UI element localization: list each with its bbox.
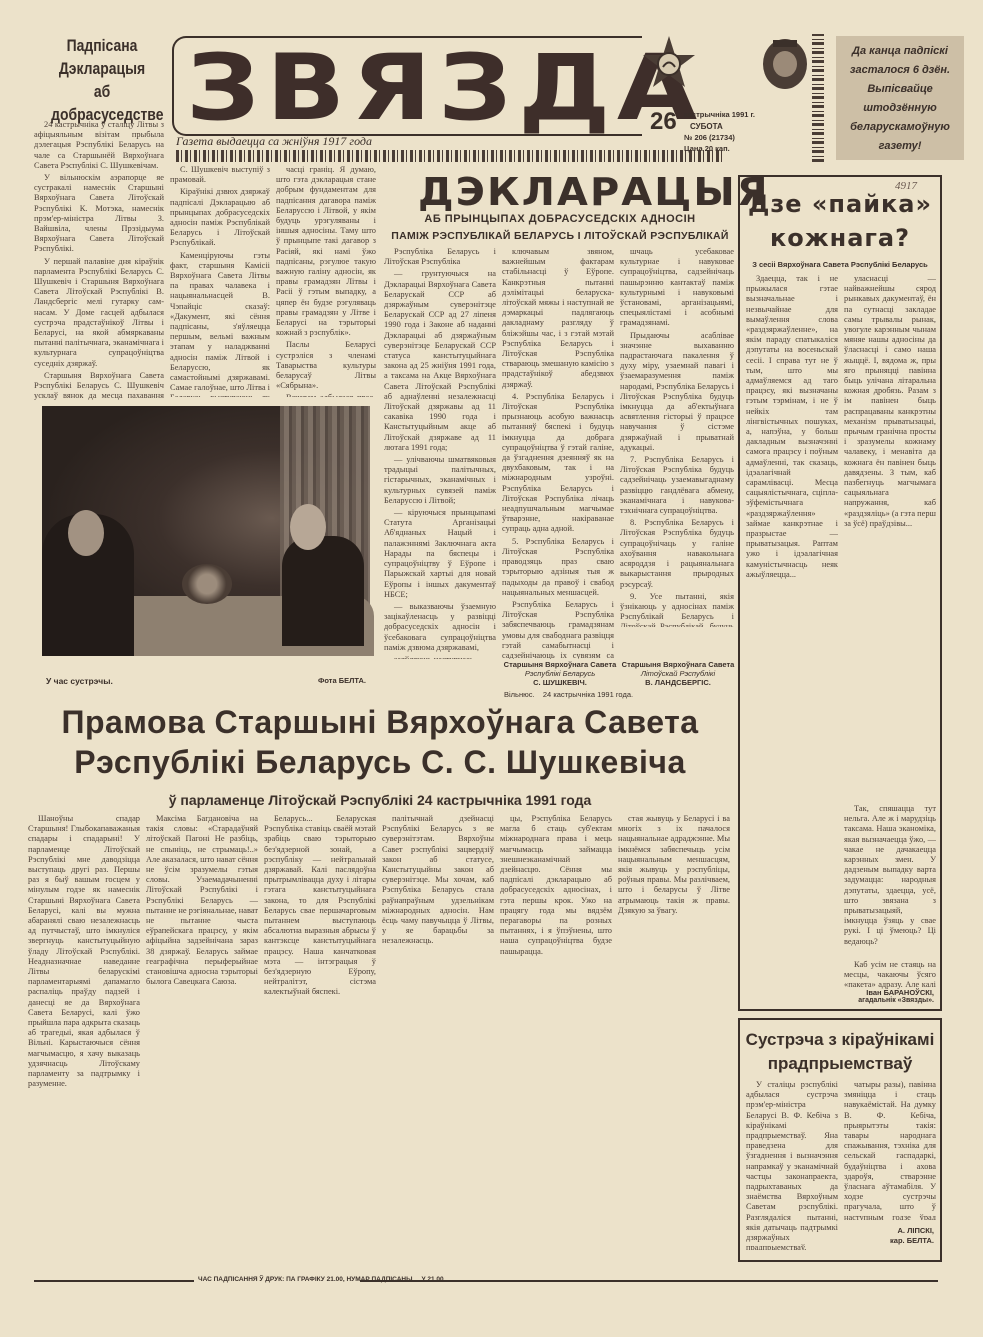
photo-person-right-head	[290, 504, 326, 550]
masthead-ornament-band	[176, 150, 724, 162]
subscription-promo: Да канца падпіскі засталося 6 дзён. Выпі…	[836, 36, 964, 160]
paika-column-1: Здаецца, так і не прыжылася гэтае вызнач…	[746, 274, 838, 964]
declaration-subhead-2: ПАМІЖ РЭСПУБЛІКАЙ БЕЛАРУСЬ І ЛІТОЎСКАЙ Р…	[380, 230, 740, 242]
declaration-column-3: шчаць усебаковае культурнае і навуковае …	[620, 247, 734, 627]
signature-lithuania: Старшыня Вярхоўнага Савета Літоўскай Рэс…	[620, 660, 736, 687]
masthead-ornament-vertical	[812, 34, 824, 162]
meeting-headline-1: Сустрэча з кіраўнікамі	[742, 1030, 938, 1050]
speech-column-4: палітычнай дзейнасці Рэспублікі Беларусь…	[382, 814, 494, 1260]
issue-number: № 206 (21734)	[684, 133, 735, 142]
order-of-patriotic-war-icon	[640, 34, 698, 92]
order-of-labour-icon	[760, 34, 810, 92]
masthead-tagline: Газета выдаецца са жніўня 1917 года	[176, 134, 372, 149]
speech-headline-2: Рэспублікі Беларусь С. С. Шушкевіча	[30, 744, 730, 781]
issue-weekday: СУБОТА	[690, 122, 723, 131]
photo-person-right	[282, 536, 364, 646]
paika-byline-name: Іван БАРАНОЎСКІ,	[838, 988, 934, 997]
paika-headline-1: Дзе «пайка»	[742, 190, 938, 218]
paika-column-3: Так, спяшацца тут нельга. Але ж і марудз…	[844, 804, 936, 954]
footer-rule-left	[34, 1280, 194, 1282]
left-article-column-3: часці граніц. Я думаю, што гэта дэкларац…	[276, 165, 376, 397]
photo-caption: У час сустрэчы.	[46, 676, 113, 686]
issue-date: кастрычніка 1991 г.	[684, 110, 755, 119]
speech-column-5: цы, Рэспубліка Беларусь магла б стаць су…	[500, 814, 612, 1260]
photo-flowers	[182, 564, 232, 604]
declaration-column-2: ключавым звяном, важнейшым фактарам стаб…	[502, 247, 614, 659]
paika-column-2: уласнасці — найважнейшы сярод рынкавых д…	[844, 274, 936, 804]
issue-day: 26	[650, 108, 677, 136]
masthead-title: ЗВЯЗДА	[186, 42, 704, 133]
declaration-place-date: Вільнюс. 24 кастрычніка 1991 года.	[504, 690, 633, 699]
speech-column-6: стая жывуць у Беларусі і ва многіх з іх …	[618, 814, 730, 1260]
paika-headline-2: кожнага?	[742, 224, 938, 252]
footer-rule-right	[360, 1280, 938, 1282]
photo-credit: Фота БЕЛТА.	[318, 676, 366, 685]
declaration-subhead-1: АБ ПРЫНЦЫПАХ ДОБРАСУСЕДСКІХ АДНОСІН	[380, 213, 740, 225]
left-article-column-1: 24 кастрычніка ў сталіцу Літвы з афіцыял…	[34, 120, 164, 400]
meeting-headline-2: прадпрыемстваў	[742, 1054, 938, 1074]
speech-column-1: Шаноўны спадар Старшыня! Глыбокапаважаны…	[28, 814, 140, 1260]
meeting-byline-role: кар. БЕЛТА.	[838, 1236, 934, 1245]
declaration-headline: ДЭКЛАРАЦЫЯ	[418, 170, 770, 214]
paika-closing: Каб усім не стаяць на месцы, чакаючы ўся…	[844, 960, 936, 990]
paika-byline-role: агадальнік «Звязды».	[838, 997, 934, 1004]
meeting-byline-name: А. ЛІПСКІ,	[838, 1226, 934, 1235]
issue-price: Цана 20 кап.	[684, 144, 730, 153]
meeting-column-2: чатыры разы), павінна змяніцца і стаць н…	[844, 1080, 936, 1220]
signature-belarus: Старшыня Вярхоўнага Савета Рэспублікі Бе…	[502, 660, 618, 687]
left-article-headline: Падпісана Дэкларацыя аб добрасуседстве	[51, 34, 153, 126]
speech-column-2: Максіма Багдановіча на такія словы: «Ста…	[146, 814, 258, 1260]
declaration-column-1: Рэспубліка Беларусь і Літоўская Рэспублі…	[384, 247, 496, 659]
meeting-column-1: У сталіцы рэспублікі адбылася сустрэча п…	[746, 1080, 838, 1250]
speech-headline-1: Прамова Старшыні Вярхоўнага Савета	[30, 704, 730, 741]
photo-person-left-head	[68, 510, 104, 556]
left-article-column-2: С. Шушкевіч выступіў з прамовай. Кіраўні…	[170, 165, 270, 397]
paika-subhead: З сесіі Вярхоўнага Савета Рэспублікі Бел…	[742, 260, 938, 269]
speech-column-3: Беларусь... Беларуская Рэспубліка ставіц…	[264, 814, 376, 1260]
speech-subhead: ў парламенце Літоўскай Рэспублікі 24 кас…	[30, 792, 730, 808]
meeting-photo	[42, 406, 370, 656]
